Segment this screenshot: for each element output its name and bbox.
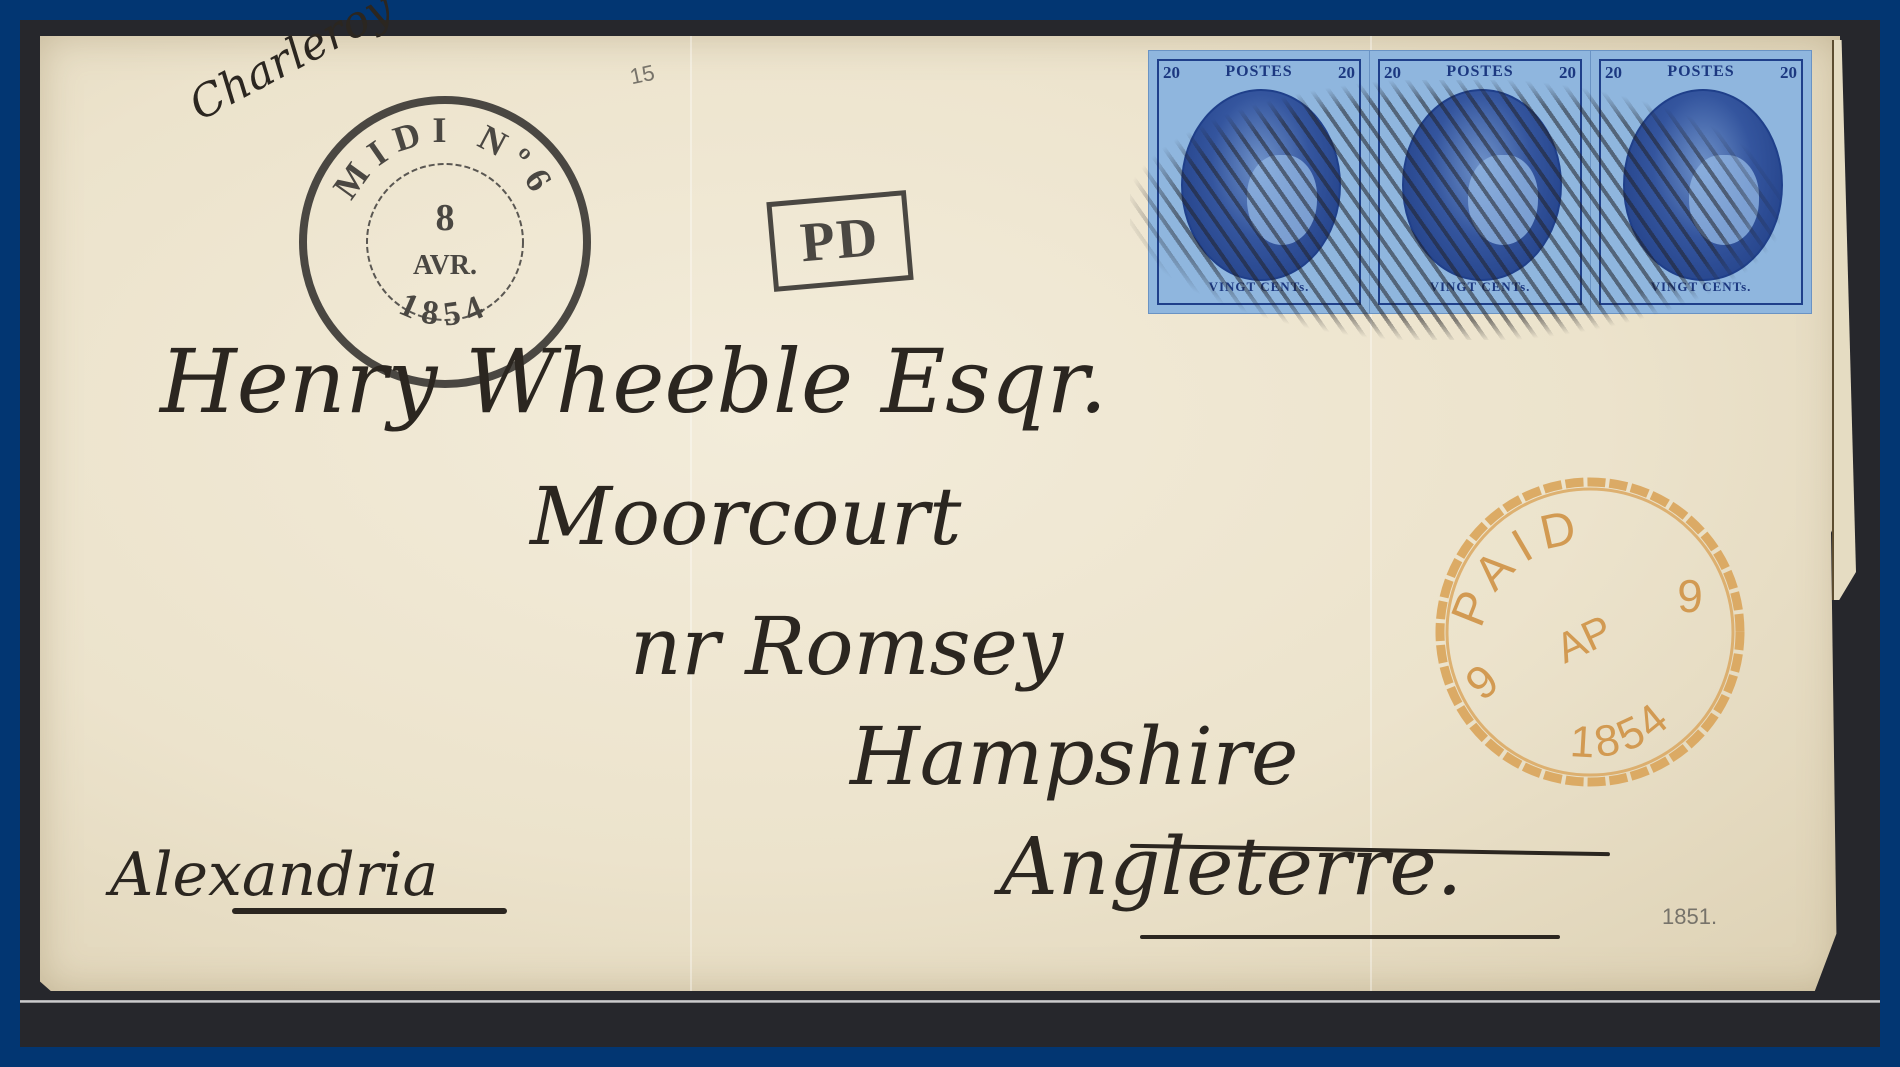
paid-postmark-month: AP — [1549, 606, 1620, 672]
stamp: 2020 POSTESVINGT CENTs. — [1148, 50, 1370, 314]
stamp: 2020 POSTESVINGT CENTs. — [1590, 50, 1812, 314]
portrait — [1468, 155, 1538, 245]
address-line-town: nr Romsey — [630, 600, 1063, 693]
stamp-strip: 2020 POSTESVINGT CENTs. 2020 POSTESVINGT… — [1148, 50, 1811, 314]
routing-underline — [232, 908, 507, 914]
svg-text:1854: 1854 — [394, 286, 496, 334]
paid-postmark-day-right: 9 — [1677, 570, 1703, 622]
pencil-mark-bottom: 1851. — [1662, 904, 1717, 930]
mount-edge — [20, 1000, 1880, 1003]
midi-postmark-month: AVR. — [413, 250, 477, 281]
stamp: 2020 POSTESVINGT CENTs. — [1369, 50, 1591, 314]
pd-handstamp: PD — [766, 190, 913, 292]
address-line-country: Angleterre. — [1000, 820, 1462, 913]
country-underline-bottom — [1140, 935, 1560, 939]
paid-postmark: PAID 9 9 AP 1854 — [1420, 462, 1760, 802]
address-line-county: Hampshire — [850, 710, 1298, 803]
address-line-house: Moorcourt — [530, 470, 961, 563]
address-line-name: Henry Wheeble Esqr. — [160, 330, 1107, 433]
midi-postmark-year: 1854 — [394, 286, 496, 334]
midi-postmark-day: 8 — [436, 197, 455, 239]
portrait — [1689, 155, 1759, 245]
pencil-mark-top: 15 — [628, 60, 657, 91]
paid-postmark-day-left: 9 — [1455, 654, 1508, 710]
portrait — [1247, 155, 1317, 245]
routing-instruction: Alexandria — [110, 840, 438, 910]
